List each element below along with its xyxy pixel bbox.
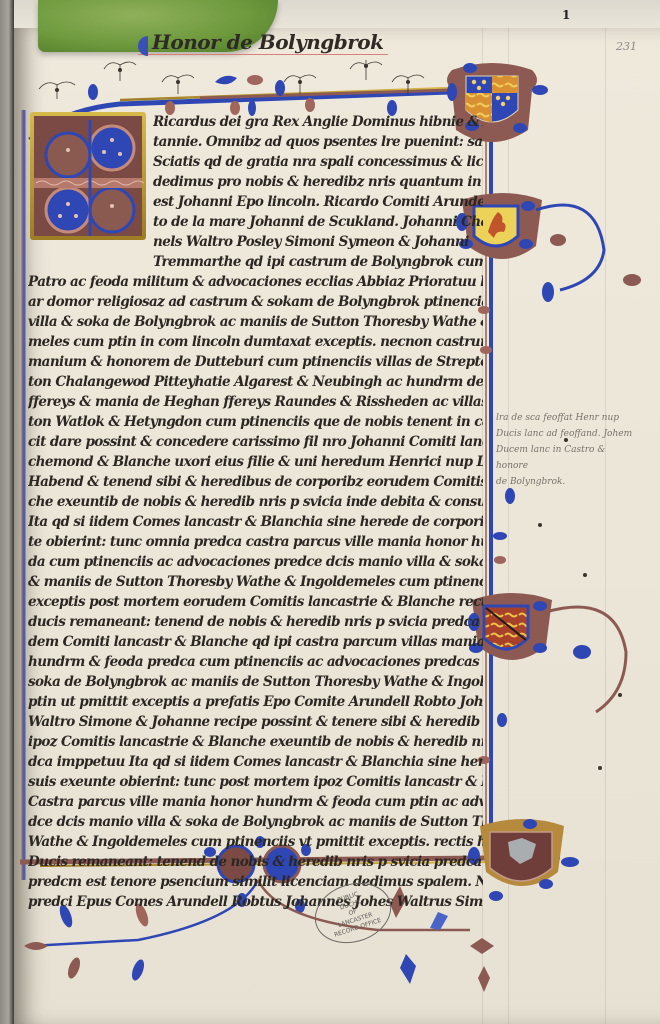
text-line: Waltro Simone & Johanne recipe possint &… <box>28 712 483 732</box>
text-line: dce dcis manio villa & soka de Bolyngbro… <box>28 812 483 832</box>
text-line: hundrm & feoda predca cum ptinenciis ac … <box>28 652 483 672</box>
text-line: cit dare possint & concedere carissimo f… <box>28 432 483 452</box>
lion-rampant-shield <box>456 193 641 302</box>
margin-note-line: de Bolyngbrok. <box>496 474 636 490</box>
left-border-bar <box>22 110 24 880</box>
text-line: ipoz Comitis lancastrie & Blanche exeunt… <box>28 732 483 752</box>
text-line: Patro ac feoda militum & advocaciones ec… <box>28 272 483 292</box>
text-line: ducis remaneant: tenend de nobis & hered… <box>28 612 483 632</box>
text-line: predci Epus Comes Arundell Robtus Johann… <box>28 892 483 912</box>
margin-note-line: Ducis lanc ad feoffand. Johem <box>496 426 636 442</box>
text-line: tannie. Omnibz ad quos psentes lre pueni… <box>153 132 483 152</box>
text-line: da cum ptinenciis ac advocaciones predce… <box>28 552 483 572</box>
text-line: nels Waltro Posley Simoni Symeon & Johan… <box>153 232 483 252</box>
text-line: to de la mare Johanni de Scukland. Johan… <box>153 212 483 232</box>
text-line: Tremmarthe qd ipi castrum de Bolyngbrok … <box>153 252 483 272</box>
text-line: & maniis de Sutton Thoresby Wathe & Ingo… <box>28 572 483 592</box>
text-line: che exeuntib de nobis & heredib nris p s… <box>28 492 483 512</box>
text-line: suis exeunte obierint: tunc post mortem … <box>28 772 483 792</box>
text-line: ffereys & mania de Heghan ffereys Raunde… <box>28 392 483 412</box>
text-line: dedimus pro nobis & heredibz nris quantu… <box>153 172 483 192</box>
text-line: ton Watlok & Hetyngdon cum ptinenciis qu… <box>28 412 483 432</box>
text-line: ptin ut pmittit exceptis a prefatis Epo … <box>28 692 483 712</box>
text-line: ton Chalangewod Pitteyhatie Algarest & N… <box>28 372 483 392</box>
text-line: villa & soka de Bolyngbrok ac maniis de … <box>28 312 483 332</box>
text-line: Ita qd si iidem Comes lancastr & Blanchi… <box>28 512 483 532</box>
text-line: Habend & tenend sibi & heredibus de corp… <box>28 472 483 492</box>
marginal-annotation: lra de sca feoffat Henr nup Ducis lanc a… <box>496 410 636 490</box>
text-line: Wathe & Ingoldemeles cum ptinenciis vt p… <box>28 832 483 852</box>
text-line: te obierint: tunc omnia predca castra pa… <box>28 532 483 552</box>
text-line: ar domor religiosaz ad castrum & sokam d… <box>28 292 483 312</box>
margin-note-line: lra de sca feoffat Henr nup <box>496 410 636 426</box>
text-line: Sciatis qd de gratia nra spali concessim… <box>153 152 483 172</box>
text-line: predcm est tenore psencium similit licen… <box>28 872 483 892</box>
text-line: dem Comiti lancastr & Blanche qd ipi cas… <box>28 632 483 652</box>
text-line: Castra parcus ville mania honor hundrm &… <box>28 792 483 812</box>
text-line: Ducis remaneant: tenend de nobis & hered… <box>28 852 483 872</box>
text-line: meles cum ptin in com lincoln dumtaxat e… <box>28 332 483 352</box>
gules-argent-charge-shield <box>468 819 579 901</box>
text-line: Ricardus dei gra Rex Anglie Dominus hibn… <box>153 112 483 132</box>
text-line: chemond & Blanche uxori eius filie & uni… <box>28 452 483 472</box>
illuminated-initial <box>30 112 146 240</box>
margin-note-line: Ducem lanc in Castro & honore <box>496 442 636 474</box>
text-line: soka de Bolyngbrok ac maniis de Sutton T… <box>28 672 483 692</box>
text-line: dca imppetuu Ita qd si iidem Comes lanca… <box>28 752 483 772</box>
text-line: exceptis post mortem eorudem Comitis lan… <box>28 592 483 612</box>
text-line: manium & honorem de Dutteburi cum ptinen… <box>28 352 483 372</box>
text-line: est Johanni Epo lincoln. Ricardo Comiti … <box>153 192 483 212</box>
